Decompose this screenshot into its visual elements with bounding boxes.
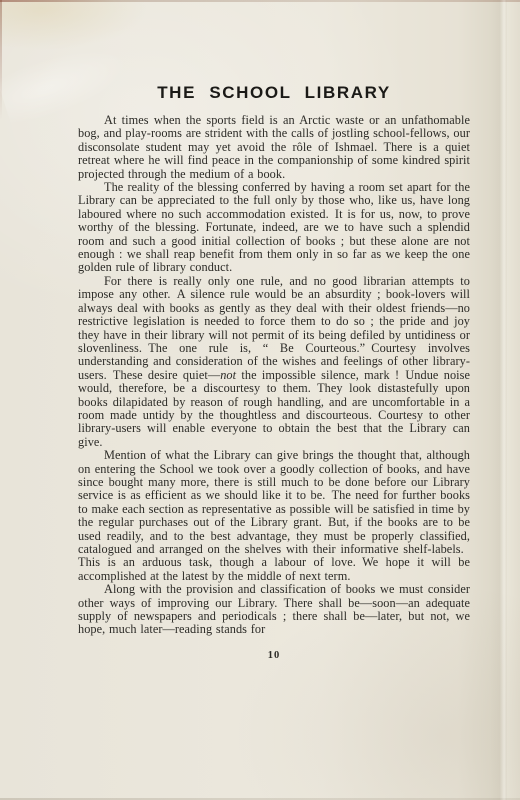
paragraph: The reality of the blessing conferred by… xyxy=(78,181,470,275)
italic-text: not xyxy=(220,368,236,382)
paragraph: For there is really only one rule, and n… xyxy=(78,275,470,449)
article-body: At times when the sports field is an Arc… xyxy=(78,114,470,637)
text-run: For there is really only one rule, and n… xyxy=(78,274,470,382)
paragraph: Mention of what the Library can give bri… xyxy=(78,449,470,583)
scanned-book-page: THE SCHOOL LIBRARY At times when the spo… xyxy=(0,0,520,800)
page-left-edge xyxy=(0,0,2,120)
page-right-fold xyxy=(491,0,507,800)
paragraph: At times when the sports field is an Arc… xyxy=(78,114,470,181)
paragraph: Along with the provision and classificat… xyxy=(78,583,470,637)
text-run: Mention of what the Library can give bri… xyxy=(78,448,470,583)
text-run: Along with the provision and classificat… xyxy=(78,582,470,636)
text-block: THE SCHOOL LIBRARY At times when the spo… xyxy=(78,84,470,661)
text-run: At times when the sports field is an Arc… xyxy=(78,113,470,181)
page-top-edge xyxy=(0,0,520,2)
page-title: THE SCHOOL LIBRARY xyxy=(78,84,470,101)
page-number: 10 xyxy=(78,650,470,661)
text-run: The reality of the blessing conferred by… xyxy=(78,180,470,274)
